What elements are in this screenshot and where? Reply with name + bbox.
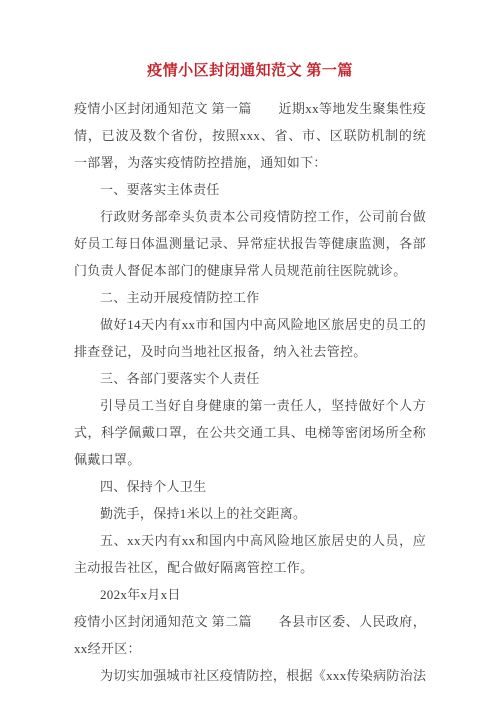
paragraph: 勤洗手，保持1米以上的社交距离。 <box>74 500 426 527</box>
paragraph: 疫情小区封闭通知范文 第一篇 近期xx等地发生聚集性疫情，已波及数个省份，按照x… <box>74 95 426 176</box>
paragraph: 引导员工当好自身健康的第一责任人，坚持做好个人方式，科学佩戴口罩，在公共交通工具… <box>74 392 426 473</box>
paragraph: 为切实加强城市社区疫情防控，根据《xxx传染病防治法》、《xxx <box>74 662 426 689</box>
document-page: 疫情小区封闭通知范文 第一篇 疫情小区封闭通知范文 第一篇 近期xx等地发生聚集… <box>0 0 500 707</box>
paragraph: 做好14天内有xx市和国内中高风险地区旅居史的员工的排查登记，及时向当地社区报备… <box>74 311 426 365</box>
paragraph: 四、保持个人卫生 <box>74 473 426 500</box>
paragraph: 行政财务部牵头负责本公司疫情防控工作，公司前台做好员工每日体温测量记录、异常症状… <box>74 203 426 284</box>
paragraph: 二、主动开展疫情防控工作 <box>74 284 426 311</box>
paragraph: 一、要落实主体责任 <box>74 176 426 203</box>
page-title: 疫情小区封闭通知范文 第一篇 <box>74 58 426 85</box>
paragraph: 五、xx天内有xx和国内中高风险地区旅居史的人员，应主动报告社区，配合做好隔离管… <box>74 527 426 581</box>
paragraph: 疫情小区封闭通知范文 第二篇 各县市区委、人民政府，xx经开区： <box>74 608 426 662</box>
document-body: 疫情小区封闭通知范文 第一篇 近期xx等地发生聚集性疫情，已波及数个省份，按照x… <box>74 95 426 689</box>
paragraph: 202x年x月x日 <box>74 581 426 608</box>
paragraph: 三、各部门要落实个人责任 <box>74 365 426 392</box>
